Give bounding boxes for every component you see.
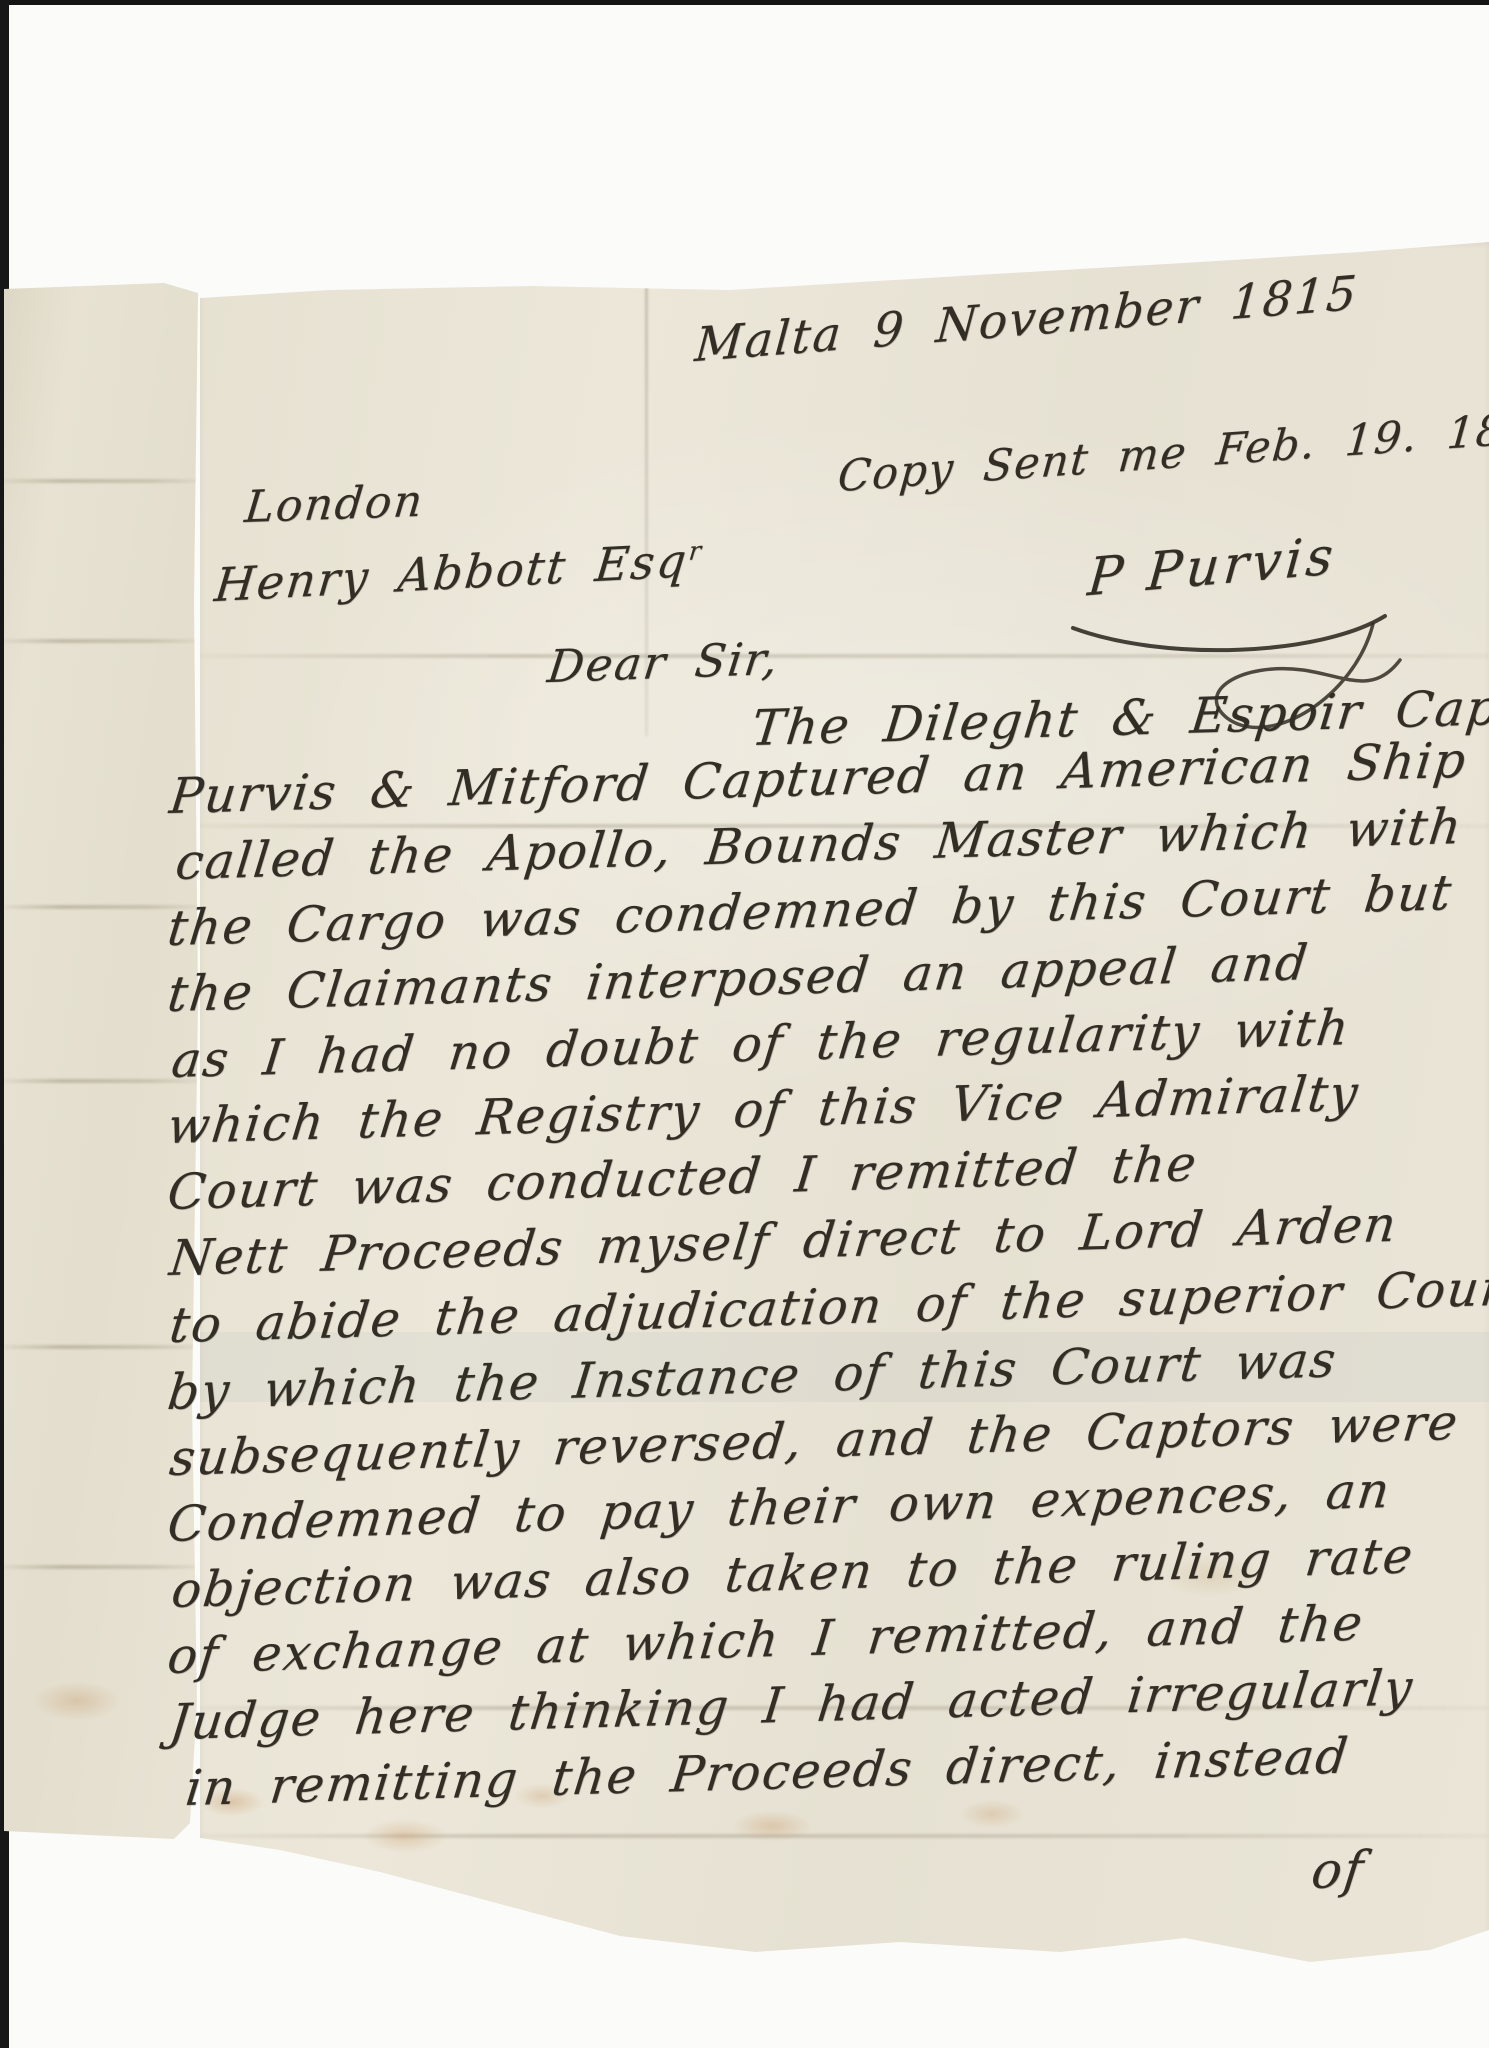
scan-edge-top <box>0 0 1489 5</box>
flap-crease <box>4 479 198 483</box>
left-page-flap <box>4 281 198 1841</box>
page-crease <box>200 1834 1489 1838</box>
flap-crease <box>4 905 198 909</box>
scanned-letter: Malta 9 November 1815 London Henry Abbot… <box>0 0 1489 2048</box>
flap-stain <box>32 1681 122 1721</box>
catchword: of <box>1308 1840 1368 1900</box>
salutation: Dear Sir, <box>545 632 783 693</box>
flap-crease <box>4 1565 198 1569</box>
recipient-city: London <box>242 476 426 533</box>
flap-crease <box>4 639 198 643</box>
recipient-name-suffix: r <box>687 536 704 566</box>
